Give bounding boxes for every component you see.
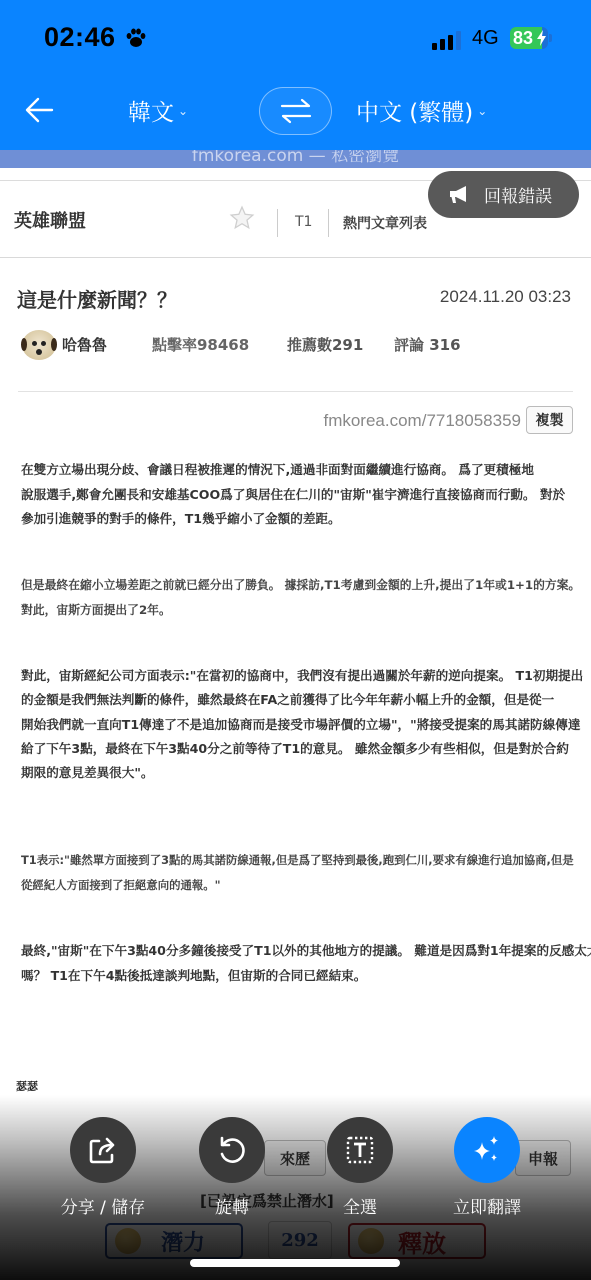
star-favorite-icon[interactable] bbox=[229, 205, 255, 231]
select-all-button[interactable]: 全選 bbox=[305, 1117, 415, 1218]
article-paragraph: 最終,"宙斯"在下午3點40分多鐘後接受了T1以外的其他地方的提議。 難道是因爲… bbox=[21, 938, 561, 988]
paw-icon bbox=[124, 26, 148, 50]
battery-icon: 83 bbox=[510, 27, 548, 49]
report-error-button[interactable]: 回報錯誤 bbox=[428, 171, 579, 218]
text-line: 嗎？ T1在下午4點後抵達談判地點，但宙斯的合同已經結束。 bbox=[21, 963, 561, 988]
url-strip-text: fmkorea.com — 私密瀏覽 bbox=[0, 150, 591, 166]
rotate-button-circle[interactable] bbox=[199, 1117, 265, 1183]
tab-t1[interactable]: T1 bbox=[295, 214, 312, 230]
status-time: 02:46 bbox=[44, 22, 116, 53]
rotate-button[interactable]: 旋轉 bbox=[177, 1117, 287, 1218]
select-all-label: 全選 bbox=[343, 1193, 377, 1218]
article-paragraph: 但是最終在縮小立場差距之前就已經分出了勝負。 據採訪,T1考慮到金額的上升,提出… bbox=[21, 573, 561, 623]
text-line: T1表示:"雖然單方面接到了3點的馬其諾防線通報,但是爲了堅持到最後,跑到仁川,… bbox=[21, 848, 561, 873]
rotate-label: 旋轉 bbox=[215, 1193, 249, 1218]
text-line: 對此，宙斯方面提出了2年。 bbox=[21, 598, 561, 623]
author-name[interactable]: 哈魯魯 bbox=[62, 334, 107, 355]
target-language-label: 中文 (繁體) bbox=[356, 94, 473, 127]
report-error-label: 回報錯誤 bbox=[484, 182, 552, 207]
select-text-icon bbox=[343, 1133, 377, 1167]
sparkles-icon bbox=[469, 1132, 505, 1168]
text-line: 期限的意見差異很大"。 bbox=[21, 761, 561, 785]
text-line: 給了下午3點，最終在下午3點40分之前等待了T1的意見。 雖然金額多少有些相似，… bbox=[21, 737, 561, 761]
status-bar: 02:46 4G 83 bbox=[0, 0, 591, 80]
charging-bolt-icon bbox=[537, 30, 546, 46]
source-language-select[interactable]: 韓文 ⌄ bbox=[128, 94, 188, 127]
text-line: 說服選手,鄭會允團長和安雄基COO爲了與居住在仁川的"宙斯"崔宇濟進行直接協商而… bbox=[21, 483, 561, 508]
comment-count[interactable]: 評論 316 bbox=[394, 334, 461, 355]
board-name-link[interactable]: 英雄聯盟 bbox=[14, 207, 86, 233]
vote-up-label: 潛力 bbox=[161, 1226, 205, 1257]
text-line: 的金額是我們無法判斷的條件，雖然最終在FA之前獲得了比今年年薪小幅上升的金額，但… bbox=[21, 688, 561, 712]
translator-top-bar: 02:46 4G 83 韓文 ⌄ bbox=[0, 0, 591, 150]
instant-translate-button-circle[interactable] bbox=[454, 1117, 520, 1183]
rotate-icon bbox=[215, 1133, 249, 1167]
share-save-button[interactable]: 分享 / 儲存 bbox=[48, 1117, 158, 1218]
text-line: 在雙方立場出現分歧、會議日程被推遲的情況下,通過非面對面繼續進行協商。 爲了更積… bbox=[21, 458, 561, 483]
cellular-signal-icon bbox=[432, 30, 461, 50]
instant-translate-button[interactable]: 立即翻譯 bbox=[432, 1117, 542, 1218]
recommend-count: 推薦數291 bbox=[287, 334, 363, 355]
text-line: 開始我們就一直向T1傳達了不是追加協商而是接受市場評價的立場"，"將接受提案的馬… bbox=[21, 713, 561, 737]
text-line: 但是最終在縮小立場差距之前就已經分出了勝負。 據採訪,T1考慮到金額的上升,提出… bbox=[21, 573, 561, 598]
swap-languages-button[interactable] bbox=[259, 87, 332, 135]
battery-level: 83 bbox=[510, 28, 533, 48]
battery-tip bbox=[549, 34, 552, 42]
instant-translate-label: 立即翻譯 bbox=[453, 1193, 521, 1218]
share-icon bbox=[86, 1133, 120, 1167]
divider bbox=[328, 209, 329, 237]
avatar[interactable] bbox=[22, 330, 56, 360]
vote-down-label: 釋放 bbox=[398, 1224, 446, 1259]
megaphone-icon bbox=[448, 185, 470, 205]
chevron-down-icon: ⌄ bbox=[477, 104, 487, 118]
article-paragraph: T1表示:"雖然單方面接到了3點的馬其諾防線通報,但是爲了堅持到最後,跑到仁川,… bbox=[21, 848, 561, 898]
article-paragraph: 對此，宙斯經紀公司方面表示:"在當初的協商中，我們沒有提出過關於年薪的逆向提案。… bbox=[21, 664, 561, 785]
article-meta: 哈魯魯 點擊率98468 推薦數291 評論 316 bbox=[22, 330, 582, 360]
vote-down-button[interactable]: 釋放 bbox=[348, 1223, 486, 1259]
copy-link-button[interactable]: 複製 bbox=[526, 406, 573, 434]
text-line: 最終,"宙斯"在下午3點40分多鐘後接受了T1以外的其他地方的提議。 難道是因爲… bbox=[21, 938, 561, 963]
author-signature: 瑟瑟 bbox=[16, 1078, 38, 1094]
text-line: 對此，宙斯經紀公司方面表示:"在當初的協商中，我們沒有提出過關於年薪的逆向提案。… bbox=[21, 664, 561, 688]
vote-up-button[interactable]: 潛力 bbox=[105, 1223, 243, 1259]
share-save-label: 分享 / 儲存 bbox=[61, 1193, 146, 1218]
thumbs-down-face-icon bbox=[358, 1228, 384, 1254]
home-indicator[interactable] bbox=[190, 1259, 400, 1267]
thumbs-up-face-icon bbox=[115, 1228, 141, 1254]
target-language-select[interactable]: 中文 (繁體) ⌄ bbox=[356, 94, 487, 127]
chevron-down-icon: ⌄ bbox=[178, 104, 188, 118]
swap-arrows-icon bbox=[279, 98, 313, 124]
text-line: 從經紀人方面接到了拒絕意向的通報。" bbox=[21, 873, 561, 898]
divider bbox=[18, 391, 573, 392]
network-type: 4G bbox=[472, 27, 499, 50]
select-all-button-circle[interactable] bbox=[327, 1117, 393, 1183]
source-language-label: 韓文 bbox=[128, 94, 174, 127]
translator-nav-row: 韓文 ⌄ 中文 (繁體) ⌄ bbox=[0, 82, 591, 142]
view-count: 點擊率98468 bbox=[152, 334, 249, 355]
article-datetime: 2024.11.20 03:23 bbox=[440, 287, 571, 307]
back-arrow-icon[interactable] bbox=[22, 92, 58, 128]
browser-url-strip: fmkorea.com — 私密瀏覽 bbox=[0, 150, 591, 168]
share-button-circle[interactable] bbox=[70, 1117, 136, 1183]
tab-hot-posts[interactable]: 熱門文章列表 bbox=[343, 213, 427, 233]
article-paragraph: 在雙方立場出現分歧、會議日程被推遲的情況下,通過非面對面繼續進行協商。 爲了更積… bbox=[21, 458, 561, 532]
divider bbox=[277, 209, 278, 237]
vote-count: 292 bbox=[268, 1221, 332, 1259]
permalink[interactable]: fmkorea.com/7718058359 bbox=[323, 411, 521, 431]
article-title: 這是什麼新聞？？ bbox=[17, 284, 177, 313]
text-line: 參加引進競爭的對手的條件，T1幾乎縮小了金額的差距。 bbox=[21, 507, 561, 532]
